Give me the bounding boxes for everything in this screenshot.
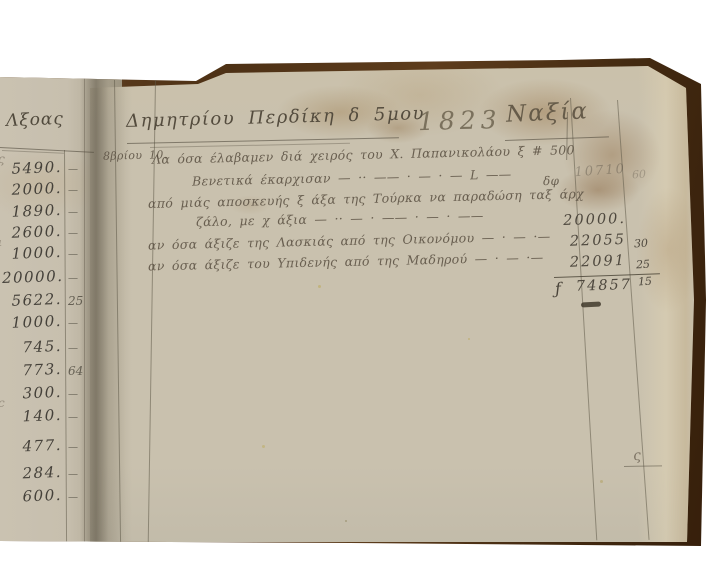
paper-speck	[318, 285, 321, 288]
left-row-cents: —	[68, 228, 86, 239]
amount-value: 22055	[560, 232, 627, 250]
place-label: Ναξία	[505, 98, 589, 128]
left-row-cents: —	[68, 249, 86, 260]
left-row-value: 5490.	[2, 158, 63, 178]
left-row-cents: 25	[68, 294, 86, 308]
amount-cents: 30	[634, 237, 649, 251]
paper-speck	[345, 520, 347, 522]
left-row-cents: —	[68, 207, 86, 218]
total-currency-symbol: ƒ	[554, 279, 561, 298]
paper-speck	[468, 338, 470, 340]
margin-squiggle: ς	[632, 448, 641, 465]
left-row-value: 1890.	[2, 201, 63, 221]
left-row-value: 20000.	[2, 267, 63, 287]
left-row-value: 773.	[2, 360, 63, 380]
left-row-cents: —	[68, 343, 86, 354]
ink-smudge	[581, 301, 601, 307]
left-row-cents: —	[68, 164, 86, 175]
left-row-cents: —	[68, 318, 86, 329]
paper-speck	[262, 445, 265, 448]
left-row-cents: —	[68, 412, 86, 423]
year-label: 1823	[418, 105, 502, 136]
left-row-value: 140.	[2, 406, 63, 426]
left-row-cents: —	[68, 492, 86, 503]
ledger-photo: ς Λξοας ς ι ϲ 5490. 2000. 1890. 2600. 10…	[0, 0, 709, 567]
left-row-cents: —	[68, 389, 86, 400]
left-row-value: 2600.	[2, 222, 63, 242]
left-row-cents: 64	[68, 364, 86, 378]
amount-value: 20000.	[560, 211, 627, 229]
left-row-value: 477.	[2, 436, 63, 456]
left-row-cents: —	[68, 469, 86, 480]
left-row-value: 2000.	[2, 179, 63, 199]
left-row-value: 5622.	[2, 290, 63, 310]
left-row-cents: —	[68, 185, 86, 196]
left-column-header: Λξοας	[6, 109, 65, 131]
left-row-value: 284.	[2, 463, 63, 483]
left-row-value: 745.	[2, 337, 63, 357]
amount-value: 22091	[560, 253, 627, 271]
left-row-value: 1000.	[2, 312, 63, 332]
book-cover-edge: ς Λξοας ς ι ϲ 5490. 2000. 1890. 2600. 10…	[0, 0, 709, 567]
left-row-cents: —	[68, 273, 86, 284]
amount-cents: 60	[632, 168, 647, 182]
left-row-value: 300.	[2, 383, 63, 403]
amount-cents: 25	[636, 258, 651, 272]
total-cents: 15	[638, 275, 653, 289]
left-row-cents: —	[68, 442, 86, 453]
paper-speck	[600, 480, 603, 483]
left-row-value: 600.	[2, 486, 63, 506]
left-row-value: 1000.	[2, 243, 63, 263]
total-value: 74857	[566, 277, 633, 295]
